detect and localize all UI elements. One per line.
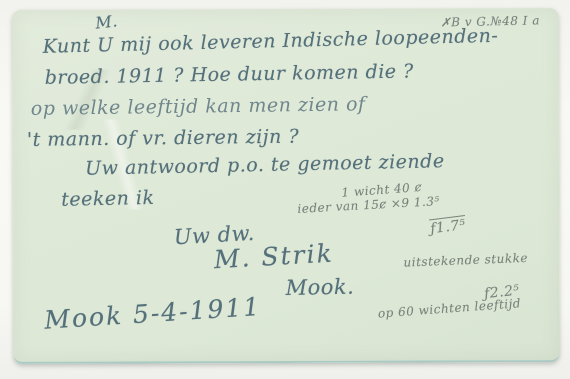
message-line-4: 't mann. of vr. dieren zijn ? bbox=[27, 126, 299, 151]
calc-total: ƒ1.7⁵ bbox=[429, 215, 467, 237]
message-line-3: op welke leeftijd kan men zien of bbox=[31, 93, 366, 120]
price-note-detail: op 60 wichten leeftijd bbox=[377, 296, 521, 320]
dateline: Mook 5-4-1911 bbox=[43, 292, 262, 335]
signature: M. Strik bbox=[213, 239, 334, 275]
message-line-2: broed. 1911 ? Hoe duur komen die ? bbox=[45, 60, 414, 88]
postcard: ✗B v G.№48 I a M. Kunt U mij ook leveren… bbox=[12, 8, 559, 364]
monogram: M. bbox=[94, 11, 118, 32]
calc-line-2: ieder van 15ȼ ×9 1.3⁵ bbox=[297, 194, 440, 216]
place: Mook. bbox=[285, 275, 354, 300]
signature-side-note: uitstekende stukke bbox=[403, 251, 528, 270]
message-line-6: teeken ik bbox=[61, 187, 155, 211]
